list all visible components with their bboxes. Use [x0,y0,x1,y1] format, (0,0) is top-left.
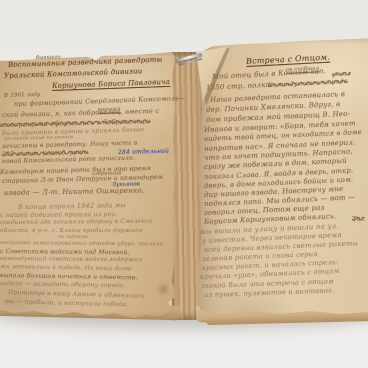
handwriting-line: 1350 стр. полка [206,81,270,92]
notebook-photo: бывшегоВоспоминания разведчика разведрот… [0,0,368,368]
handwriting-line: Так [352,214,365,223]
handwriting-line: Командующего отряда [268,78,348,89]
right-page-handwriting: Встреча с Отцом.он сообщилМой отец был в… [0,0,368,368]
handwriting-line: уехал [332,70,351,78]
handwriting-line: Встреча с Отцом. [246,53,330,66]
